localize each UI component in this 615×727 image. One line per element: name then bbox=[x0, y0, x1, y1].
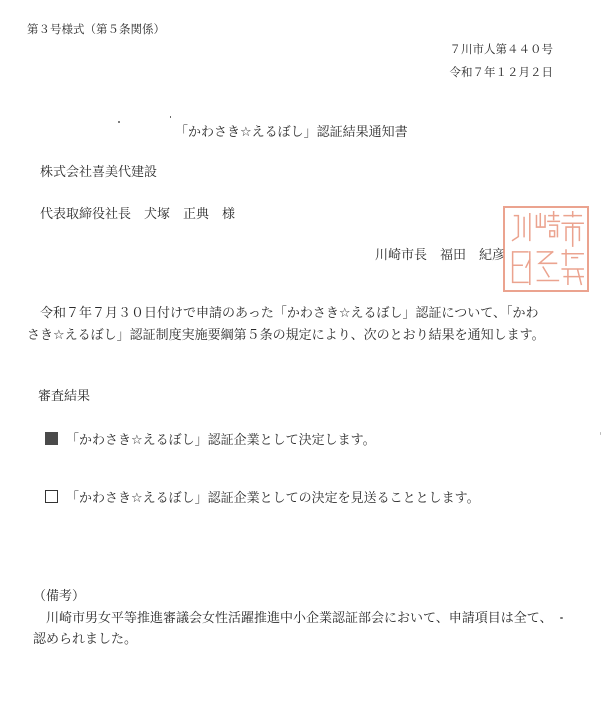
scan-speck bbox=[600, 432, 601, 435]
sender-name: 川崎市長 福田 紀彦 bbox=[375, 249, 505, 262]
remarks-label: （備考） bbox=[33, 590, 85, 603]
document-title: 「かわさき☆えるぼし」認証結果通知書 bbox=[175, 126, 408, 139]
review-result-heading: 審査結果 bbox=[38, 390, 90, 403]
review-option-label: 「かわさき☆えるぼし」認証企業としての決定を見送ることとします。 bbox=[66, 487, 480, 506]
notice-body: 令和７年７月３０日付けで申請のあった「かわさき☆えるぼし」認証について、「かわ … bbox=[27, 303, 592, 347]
scan-speck bbox=[170, 116, 171, 118]
checkbox-unchecked-icon bbox=[45, 490, 58, 503]
remarks-line-1: 川崎市男女平等推進審議会女性活躍推進中小企業認証部会において、申請項目は全て、 bbox=[33, 608, 593, 629]
review-option-deferred: 「かわさき☆えるぼし」認証企業としての決定を見送ることとします。 bbox=[45, 487, 480, 506]
checkbox-checked-icon bbox=[45, 432, 58, 445]
remarks-line-2: 認められました。 bbox=[33, 629, 593, 650]
scan-speck bbox=[118, 121, 120, 123]
review-option-label: 「かわさき☆えるぼし」認証企業として決定します。 bbox=[66, 429, 376, 448]
document-number: ７川市人第４４０号 bbox=[450, 44, 554, 56]
notice-body-line-1: 令和７年７月３０日付けで申請のあった「かわさき☆えるぼし」認証について、「かわ bbox=[27, 303, 592, 325]
recipient-company: 株式会社喜美代建設 bbox=[40, 166, 157, 179]
recipient-person: 代表取締役社長 犬塚 正典 様 bbox=[40, 208, 235, 221]
form-number: 第３号様式（第５条関係） bbox=[27, 24, 165, 36]
remarks-text: 川崎市男女平等推進審議会女性活躍推進中小企業認証部会において、申請項目は全て、 … bbox=[33, 608, 593, 650]
official-seal-icon bbox=[503, 206, 589, 292]
document-date: 令和７年１２月２日 bbox=[450, 67, 554, 79]
review-option-approved: 「かわさき☆えるぼし」認証企業として決定します。 bbox=[45, 429, 376, 448]
notice-body-line-2: さき☆えるぼし」認証制度実施要綱第５条の規定により、次のとおり結果を通知します。 bbox=[27, 325, 592, 347]
